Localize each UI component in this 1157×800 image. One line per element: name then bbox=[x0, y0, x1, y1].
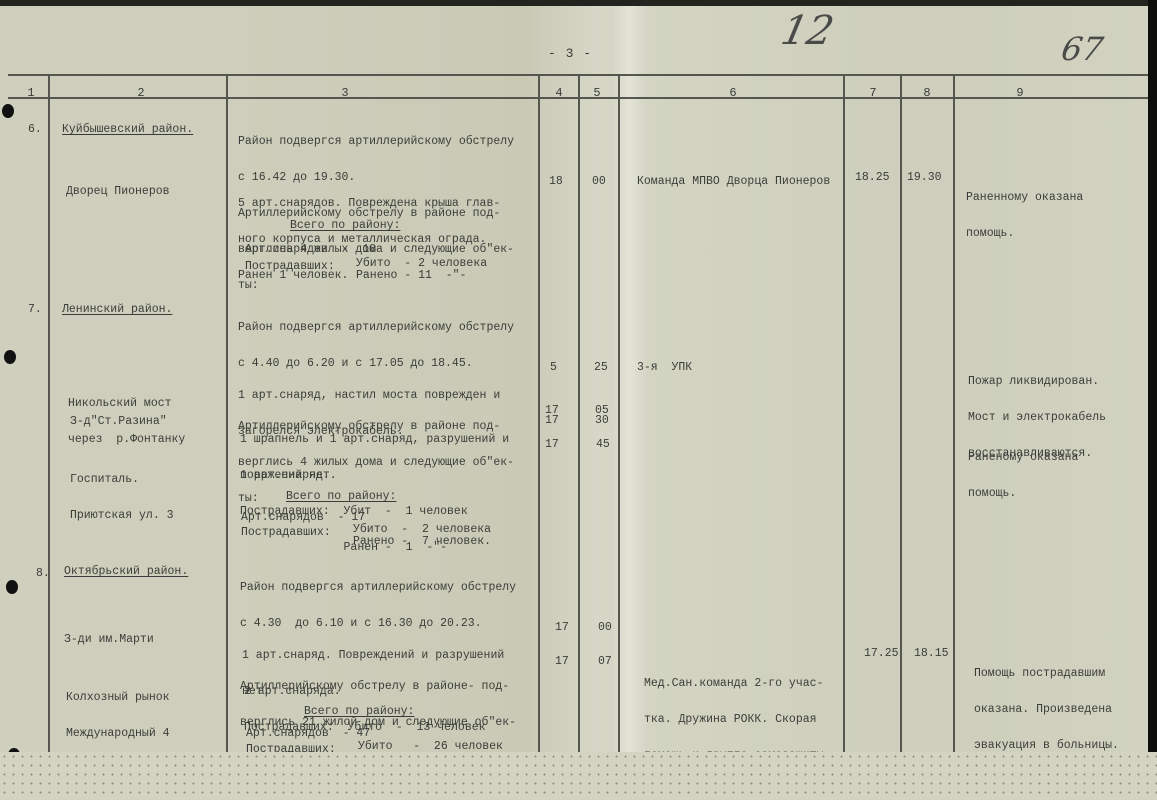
col-header-2: 2 bbox=[126, 86, 156, 100]
col-divider-5 bbox=[618, 74, 620, 764]
time-hour: 5 bbox=[550, 362, 557, 374]
arrival-time: 17.25 bbox=[864, 648, 899, 660]
finish-time: 19.30 bbox=[907, 172, 942, 184]
col-header-3: 3 bbox=[330, 86, 360, 100]
arrival-time: 18.25 bbox=[855, 172, 890, 184]
time-minute: 25 bbox=[594, 362, 608, 374]
response-team: 3-я УПК bbox=[637, 362, 692, 374]
time-hour: 17 bbox=[545, 439, 559, 451]
object-name: З-д"Ст.Разина" bbox=[70, 416, 167, 428]
district-total-victims-label: Пострадавших: bbox=[241, 527, 331, 539]
document-page: - 3 - 12 67 1 2 3 4 5 6 7 8 9 6. Куйбыше… bbox=[0, 6, 1148, 800]
response-team: Команда МПВО Дворца Пионеров bbox=[637, 176, 830, 188]
district-total-shells: Арт.снарядов - 17 bbox=[241, 512, 365, 524]
binding-hole bbox=[2, 104, 14, 118]
col-divider-2 bbox=[226, 74, 228, 764]
time-hour: 17 17 bbox=[545, 406, 559, 426]
finish-time: 18.15 bbox=[914, 648, 949, 660]
time-minute: 07 bbox=[598, 656, 612, 668]
col-divider-1 bbox=[48, 74, 50, 764]
result-note: Раненому оказана помощь. bbox=[968, 428, 1078, 524]
object-name: Дворец Пионеров bbox=[66, 186, 170, 198]
district-total-shells: Арт.снарядов - 47 bbox=[246, 728, 370, 740]
result-note: Раненному оказана помощь. bbox=[966, 168, 1083, 264]
col-divider-8 bbox=[953, 74, 955, 764]
col-divider-6 bbox=[843, 74, 845, 764]
binding-hole bbox=[6, 580, 18, 594]
district-number: 7. bbox=[28, 304, 42, 316]
district-total-victims-label: Пострадавших: bbox=[245, 261, 335, 273]
object-name: З-ди им.Марти bbox=[64, 634, 154, 646]
col-divider-3 bbox=[538, 74, 540, 764]
district-total-label: Всего по району: bbox=[290, 220, 400, 232]
time-minute: 00 bbox=[598, 622, 612, 634]
col-header-5: 5 bbox=[582, 86, 612, 100]
object-description: 5 арт.снарядов. Повреждена крыша глав- н… bbox=[238, 174, 500, 306]
object-name: Госпиталь. Приютская ул. 3 bbox=[70, 450, 174, 546]
col-divider-4 bbox=[578, 74, 580, 764]
scan-padding-pattern bbox=[0, 752, 1157, 800]
time-hour: 17 bbox=[555, 622, 569, 634]
page-number: - 3 - bbox=[548, 46, 592, 61]
time-minute: 00 bbox=[592, 176, 606, 188]
district-name: Октябрьский район. bbox=[64, 566, 188, 578]
col-header-1: 1 bbox=[16, 86, 46, 100]
district-total-label: Всего по району: bbox=[304, 706, 414, 718]
binding-hole bbox=[4, 350, 16, 364]
col-header-7: 7 bbox=[858, 86, 888, 100]
object-name: Колхозный рынок Международный 4 bbox=[66, 668, 170, 764]
time-hour: 18 bbox=[549, 176, 563, 188]
col-header-4: 4 bbox=[544, 86, 574, 100]
col-divider-7 bbox=[900, 74, 902, 764]
district-number: 8. bbox=[36, 568, 50, 580]
col-header-8: 8 bbox=[912, 86, 942, 100]
district-total-shells: Арт.снарядов - 10 bbox=[245, 244, 376, 256]
time-minute: 45 bbox=[596, 439, 610, 451]
district-number: 6. bbox=[28, 124, 42, 136]
scan-border bbox=[1148, 0, 1157, 800]
district-total-wounded: Ранено - 11 -"- bbox=[356, 270, 466, 282]
district-total-label: Всего по району: bbox=[286, 491, 396, 503]
handwritten-folio-number: 67 bbox=[1059, 30, 1106, 68]
time-minute: 05 30 bbox=[595, 406, 609, 426]
col-header-6: 6 bbox=[718, 86, 748, 100]
district-total-wounded: Ранено - 7 человек. bbox=[353, 536, 491, 548]
col-header-9: 9 bbox=[1005, 86, 1035, 100]
district-name: Куйбышевский район. bbox=[62, 124, 193, 136]
district-name: Ленинский район. bbox=[62, 304, 172, 316]
time-hour: 17 bbox=[555, 656, 569, 668]
handwritten-sheet-number: 12 bbox=[777, 8, 838, 54]
